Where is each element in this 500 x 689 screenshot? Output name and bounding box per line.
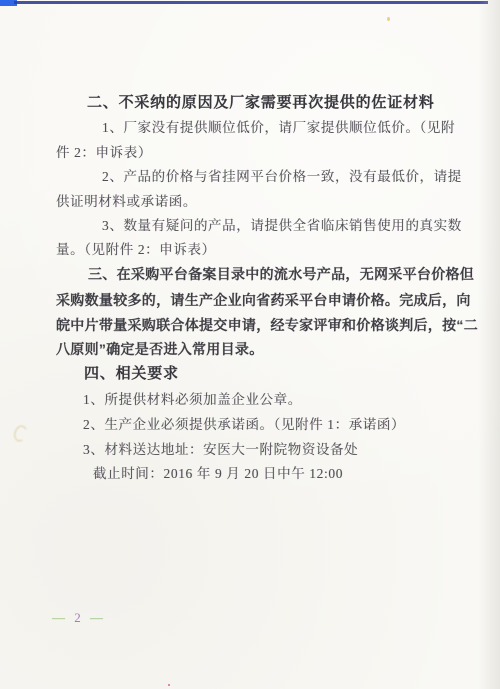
section-3-line-2: 采购数量较多的，请生产企业向省药采平台申请价格。完成后，向 <box>56 290 471 310</box>
paper-speck <box>168 684 170 686</box>
scanned-document-page: 二、不采纳的原因及厂家需要再次提供的佐证材料 1、厂家没有提供顺位低价，请厂家提… <box>0 0 500 689</box>
section-3-line-4: 八原则”确定是否进入常用目录。 <box>56 339 264 359</box>
section-2-item-1-line-2: 件 2：申诉表） <box>56 141 152 161</box>
page-number-left-dash: — <box>52 610 67 625</box>
section-2-heading: 二、不采纳的原因及厂家需要再次提供的佐证材料 <box>87 91 435 112</box>
section-4-item-3: 3、材料送达地址：安医大一附院物资设备处 <box>83 438 358 458</box>
section-2-item-3-line-2: 量。（见附件 2：申诉表） <box>56 238 216 258</box>
section-2-item-3-line-1: 3、数量有疑问的产品，请提供全省临床销售使用的真实数 <box>102 214 462 234</box>
section-2-item-2-line-1: 2、产品的价格与省挂网平台价格一致，没有最低价，请提 <box>102 165 462 185</box>
page-number-right-dash: — <box>90 610 105 625</box>
page-number-value: 2 <box>72 610 85 625</box>
scan-edge-line <box>14 1 488 4</box>
page-number: — 2 — <box>52 610 105 626</box>
section-3-line-3: 皖中片带量采购联合体提交申请，经专家评审和价格谈判后，按“二 <box>56 315 478 335</box>
paper-smudge <box>12 423 30 443</box>
paper-speck <box>387 17 390 21</box>
section-3-line-1: 三、在采购平台备案目录中的流水号产品，无网采平台价格但 <box>88 264 474 284</box>
section-2-item-1-line-1: 1、厂家没有提供顺位低价，请厂家提供顺位低价。（见附 <box>102 116 455 136</box>
deadline-line: 截止时间：2016 年 9 月 20 日中午 12:00 <box>93 462 343 482</box>
section-4-item-1: 1、所提供材料必须加盖企业公章。 <box>83 388 302 408</box>
section-4-heading: 四、相关要求 <box>84 362 179 383</box>
scan-right-shadow <box>478 0 500 689</box>
section-2-item-2-line-2: 供证明材料或承诺函。 <box>56 190 197 210</box>
section-4-item-2: 2、生产企业必须提供承诺函。（见附件 1：承诺函） <box>83 413 405 433</box>
